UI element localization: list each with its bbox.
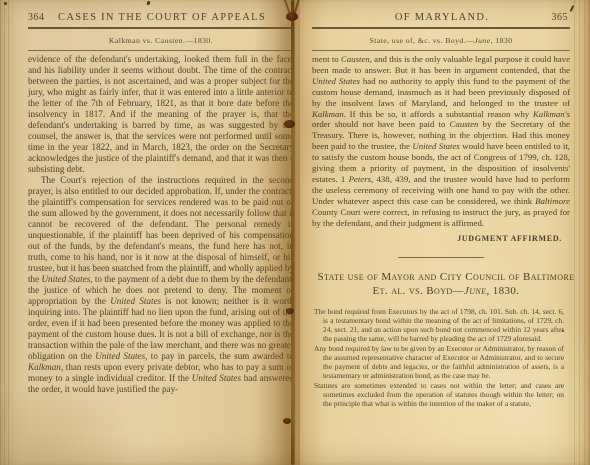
body-paragraph: The Court's rejection of the instruction… <box>28 175 294 395</box>
body-paragraph: ment to Causten, and this is the only va… <box>312 54 570 229</box>
body-paragraph: evidence of the defendant's undertaking,… <box>28 54 294 175</box>
right-page-header: OF MARYLAND. 365 <box>300 12 590 24</box>
binding-thread <box>291 0 294 465</box>
book-spread: 364 CASES IN THE COURT OF APPEALS Kalkma… <box>0 0 590 465</box>
left-case-caption-box: Kalkman vs. Causten.—1830. <box>28 27 294 51</box>
left-page-body: evidence of the defendant's undertaking,… <box>28 54 294 395</box>
thread-knot <box>284 120 295 128</box>
headnote: Any bond required by law to be given by … <box>314 344 564 380</box>
next-case-title-line2: Et. al. vs. Boyd—June, 1830. <box>312 284 580 299</box>
headnote: The bond required from Executors by the … <box>314 307 564 343</box>
right-page-body: ment to Causten, and this is the only va… <box>312 54 570 229</box>
ink-speck <box>562 330 564 332</box>
left-page: 364 CASES IN THE COURT OF APPEALS Kalkma… <box>0 0 300 465</box>
section-divider <box>398 257 484 258</box>
judgment-line: JUDGMENT AFFIRMED. <box>300 234 562 243</box>
right-running-title: OF MARYLAND. <box>312 12 572 23</box>
right-case-caption: State, use of, &c. vs. Boyd.—June, 1830 <box>370 36 513 45</box>
thread-knot <box>286 12 298 21</box>
right-page: OF MARYLAND. 365 State, use of, &c. vs. … <box>300 0 590 465</box>
thread-knot <box>286 308 294 314</box>
left-running-title: CASES IN THE COURT OF APPEALS <box>28 12 296 23</box>
headnote: Statutes are sometimes extended to cases… <box>314 381 564 408</box>
thread-knot <box>283 418 291 424</box>
next-case-title-line1: State use of Mayor and City Council of B… <box>312 270 580 285</box>
left-case-caption: Kalkman vs. Causten.—1830. <box>109 36 213 45</box>
ink-speck <box>4 2 7 5</box>
next-case-title: State use of Mayor and City Council of B… <box>312 270 580 299</box>
left-page-header: 364 CASES IN THE COURT OF APPEALS <box>0 12 300 24</box>
headnotes: The bond required from Executors by the … <box>314 307 564 409</box>
right-page-number: 365 <box>552 12 569 23</box>
right-case-caption-box: State, use of, &c. vs. Boyd.—June, 1830 <box>312 27 570 51</box>
